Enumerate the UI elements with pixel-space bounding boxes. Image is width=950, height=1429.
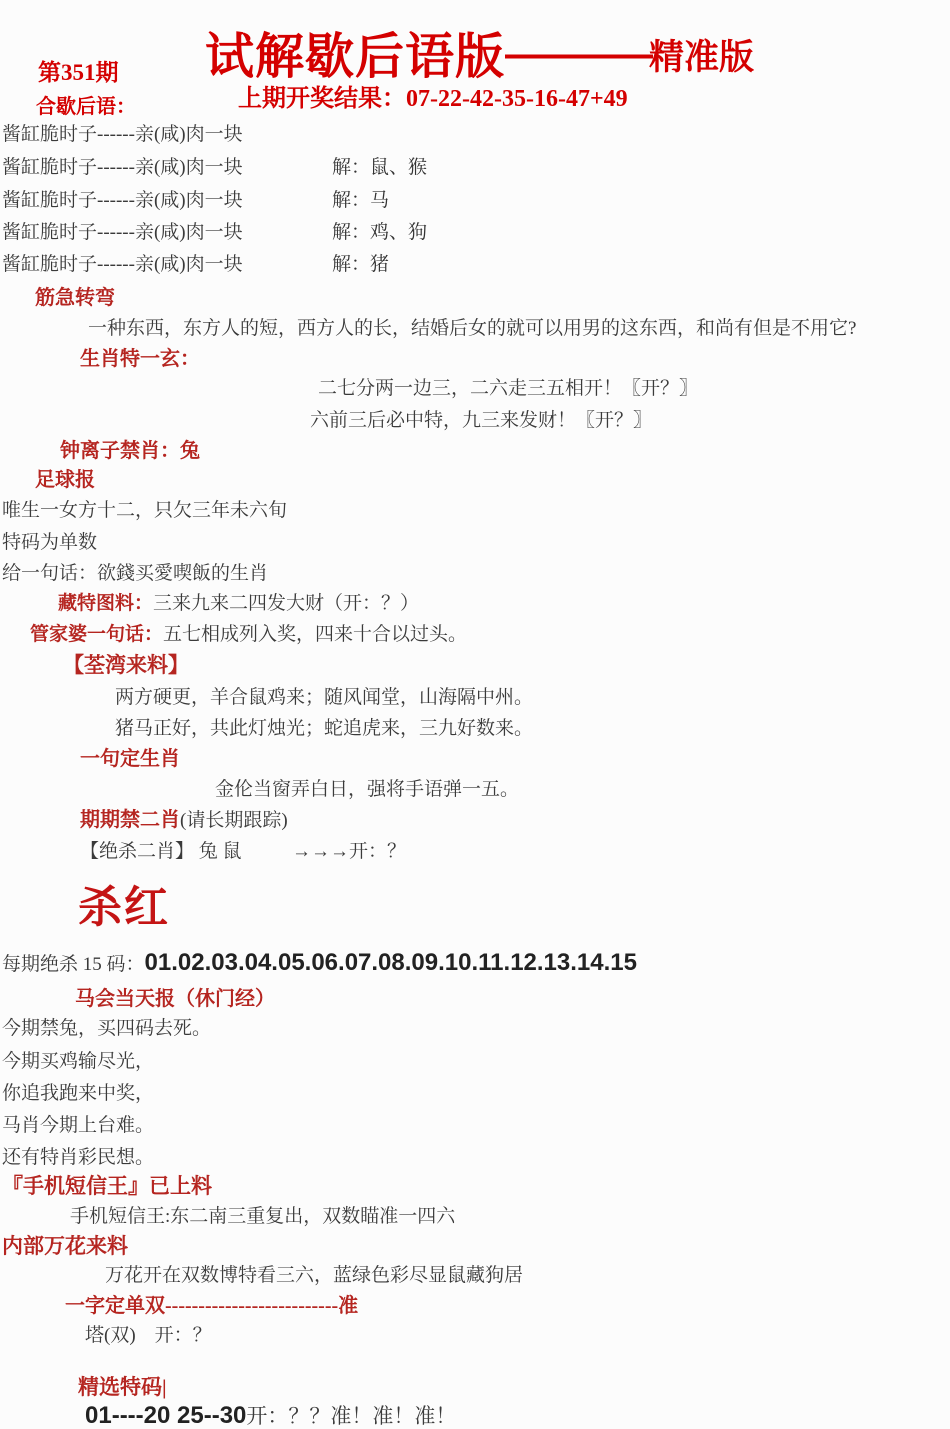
riddle-row: 酱缸脆时子------亲(咸)肉一块解：鼠、猴 <box>2 153 427 183</box>
jinxiao-heading: 期期禁二肖 <box>80 809 180 831</box>
section-heading-danshuang: 一字定单双--------------------------准 <box>65 1291 358 1321</box>
mahui-line-4: 马肖今期上台难。 <box>2 1111 154 1141</box>
riddle-answer: 解：鸡、狗 <box>332 222 427 243</box>
danshuang-text: 塔(双) 开：？ <box>85 1321 212 1351</box>
page-title-suffix: 精准版 <box>649 38 754 77</box>
cangte-text: 三来九来二四发大财（开：？） <box>153 593 419 614</box>
mahui-line-3: 你追我跑来中奖， <box>2 1079 154 1109</box>
jingxuan-suffix: 开：？？准！准！准！ <box>246 1404 456 1428</box>
section-heading-mahui: 马会当天报（休门经） <box>75 984 275 1014</box>
riddle-text: 酱缸脆时子------亲(咸)肉一块 <box>2 218 332 248</box>
issue-number: 第351期 <box>38 58 119 88</box>
riddle-answer: 解：马 <box>332 190 389 211</box>
quanwan-line-1: 两方硬更，羊合鼠鸡来；随风闻堂，山海隔中州。 <box>115 683 533 713</box>
football-line-1: 唯生一女方十二，只欠三年未六旬 <box>2 496 287 526</box>
riddle-row: 酱缸脆时子------亲(咸)肉一块解：猪 <box>2 250 389 280</box>
jinxiao-arrow: →→→开：？ <box>292 841 406 862</box>
section-heading-brain-teaser: 筋急转弯 <box>35 283 115 313</box>
jingxuan-numbers-line: 01----20 25--30开：？？准！准！准！ <box>85 1400 456 1429</box>
quanwan-line-2: 猪马正好，共此灯烛光；蛇追虎来，三九好数来。 <box>115 714 533 744</box>
riddle-answer: 解：猪 <box>332 254 389 275</box>
previous-result: 上期开奖结果：07-22-42-35-16-47+49 <box>238 84 628 114</box>
mahui-line-2: 今期买鸡输尽光， <box>2 1047 154 1077</box>
football-line-3: 给一句话：欲錢买愛喫飯的生肖 <box>2 559 268 589</box>
riddle-text: 酱缸脆时子------亲(咸)肉一块 <box>2 250 332 280</box>
shahong-label: 每期绝杀 15 码： <box>2 954 145 975</box>
section-heading-wanhua: 内部万花来料 <box>2 1231 128 1261</box>
sms-text: 手机短信王:东二南三重复出，双数瞄准一四六 <box>70 1202 455 1232</box>
riddle-row: 酱缸脆时子------亲(咸)肉一块解：鸡、狗 <box>2 218 427 248</box>
cangte-line: 藏特图料：三来九来二四发大财（开：？） <box>58 589 419 619</box>
riddle-text: 酱缸脆时子------亲(咸)肉一块 <box>2 153 332 183</box>
shengxiao-line-2: 六前三后必中特，九三来发财！〖开？〗 <box>310 406 652 436</box>
page-title: 试解歇后语版————精准版 <box>205 18 754 88</box>
section-heading-jingxuan: 精选特码| <box>78 1372 167 1402</box>
shahong-kill-numbers-line: 每期绝杀 15 码：01.02.03.04.05.06.07.08.09.10.… <box>2 946 637 982</box>
cangte-label: 藏特图料： <box>58 593 153 614</box>
guanjiapo-text: 五七相成列入奖，四来十合以过头。 <box>163 624 467 645</box>
shengxiao-line-1: 二七分两一边三，二六走三五相开！〖开？〗 <box>318 374 698 404</box>
yiju-text: 金伦当窗弄白日，强将手语弹一五。 <box>215 775 519 805</box>
jingxuan-numbers: 01----20 25--30 <box>85 1402 246 1429</box>
riddle-answer: 解：鼠、猴 <box>332 157 427 178</box>
shahong-title: 杀红 <box>78 882 170 934</box>
zhongli-forbidden-zodiac: 钟离子禁肖：兔 <box>60 436 200 466</box>
riddle-text: 酱缸脆时子------亲(咸)肉一块 <box>2 120 332 150</box>
page-title-dash: ———— <box>505 32 649 76</box>
section-heading-quanwan: 【荃湾来料】 <box>63 650 189 680</box>
section-heading-yiju: 一句定生肖 <box>80 744 180 774</box>
mahui-line-5: 还有特肖彩民想。 <box>2 1143 154 1173</box>
page-title-main: 试解歇后语版 <box>205 30 505 84</box>
section-heading-sms: 『手机短信王』已上料 <box>2 1171 212 1201</box>
brain-teaser-question: 一种东西，东方人的短，西方人的长，结婚后女的就可以用男的这东西，和尚有但是不用它… <box>88 314 856 344</box>
riddle-row: 酱缸脆时子------亲(咸)肉一块 <box>2 120 332 150</box>
mahui-line-1: 今期禁兔，买四码去死。 <box>2 1014 211 1044</box>
wanhua-text: 万花开在双数博特看三六，蓝绿色彩尽显鼠藏狗居 <box>105 1261 523 1291</box>
jinxiao-heading-line: 期期禁二肖(请长期跟踪) <box>80 805 288 836</box>
guanjiapo-label: 管家婆一句话： <box>30 624 163 645</box>
shahong-numbers: 01.02.03.04.05.06.07.08.09.10.11.12.13.1… <box>145 949 637 976</box>
riddle-row: 酱缸脆时子------亲(咸)肉一块解：马 <box>2 186 389 216</box>
guanjiapo-line: 管家婆一句话：五七相成列入奖，四来十合以过头。 <box>30 620 467 650</box>
jinxiao-note: (请长期跟踪) <box>180 810 288 831</box>
jinxiao-pair: 【绝杀二肖】 兔 鼠 <box>80 837 292 867</box>
section-heading-shengxiao: 生肖特一玄： <box>80 344 200 374</box>
jinxiao-kill-pair-line: 【绝杀二肖】 兔 鼠→→→开：？ <box>80 837 406 867</box>
section-heading-football: 足球报 <box>35 465 95 495</box>
football-line-2: 特码为单数 <box>2 528 97 558</box>
riddle-text: 酱缸脆时子------亲(咸)肉一块 <box>2 186 332 216</box>
group-label: 合歇后语： <box>36 92 136 122</box>
